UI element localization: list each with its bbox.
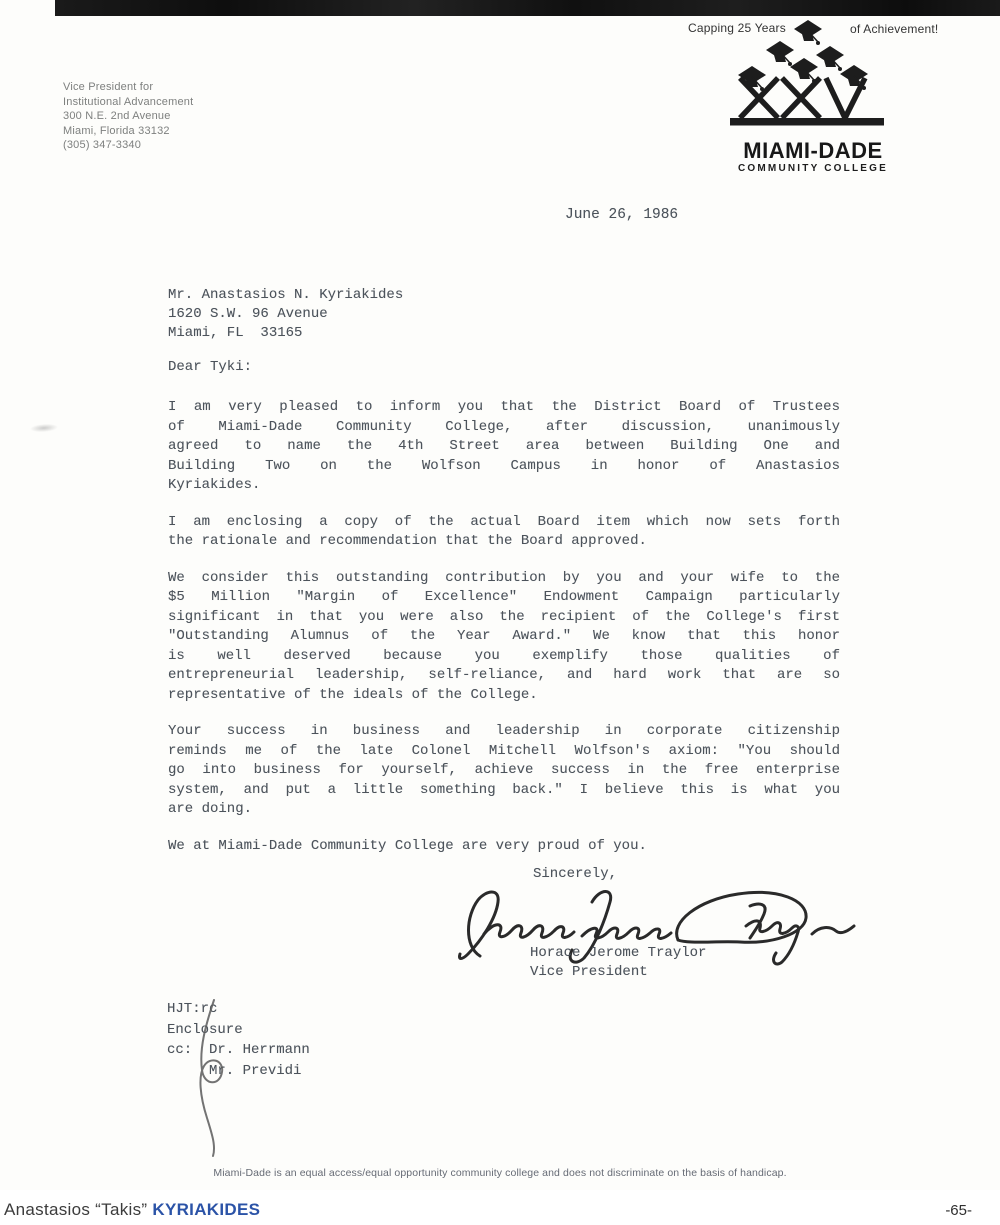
paragraph-line: of Miami-Dade Community College, after d… [168, 418, 840, 438]
paragraph-line: is well deserved because you exemplify t… [168, 647, 840, 667]
letter-paragraph: Your success in business and leadership … [168, 722, 840, 820]
paragraph-line: Your success in business and leadership … [168, 722, 840, 742]
paragraph-line: Kyriakides. [168, 476, 840, 496]
paragraph-line: I am very pleased to inform you that the… [168, 398, 840, 418]
graduation-caps-xxv-icon [718, 18, 908, 136]
paragraph-line: $5 Million "Margin of Excellence" Endowm… [168, 588, 840, 608]
footer-disclaimer: Miami-Dade is an equal access/equal oppo… [0, 1167, 1000, 1179]
paragraph-line: entrepreneurial leadership, self-relianc… [168, 666, 840, 686]
logo-college-subname: COMMUNITY COLLEGE [718, 163, 908, 174]
graduation-cap-icon [790, 58, 818, 83]
logo-college-name: MIAMI-DADE [718, 138, 908, 164]
letter-paragraph: I am very pleased to inform you that the… [168, 398, 840, 496]
paragraph-line: Building Two on the Wolfson Campus in ho… [168, 457, 840, 477]
paragraph-line: I am enclosing a copy of the actual Boar… [168, 513, 840, 533]
paragraph-line: "Outstanding Alumnus of the Year Award."… [168, 627, 840, 647]
scan-artifact-bar [55, 0, 1000, 16]
letterhead-address: Vice President for Institutional Advance… [63, 80, 193, 153]
signer-name-block: Horace Jerome Traylor Vice President [530, 944, 706, 981]
letter-body: I am very pleased to inform you that the… [168, 398, 840, 873]
caption-name-regular: Anastasios “Takis” [4, 1200, 147, 1219]
letter-paragraph: I am enclosing a copy of the actual Boar… [168, 513, 840, 552]
paragraph-line: agreed to name the 4th Street area betwe… [168, 437, 840, 457]
paragraph-line: representative of the ideals of the Coll… [168, 686, 840, 706]
signer-title: Vice President [530, 963, 706, 982]
caption-surname: KYRIAKIDES [152, 1200, 260, 1219]
pen-stroke-icon [180, 998, 250, 1158]
graduation-cap-icon [816, 46, 844, 71]
paragraph-line: the rationale and recommendation that th… [168, 532, 840, 552]
letter-paragraph: We consider this outstanding contributio… [168, 569, 840, 706]
paragraph-line: We at Miami-Dade Community College are v… [168, 837, 840, 857]
page-number: -65- [945, 1202, 972, 1219]
paragraph-line: We consider this outstanding contributio… [168, 569, 840, 589]
caption-bar: Anastasios “Takis” KYRIAKIDES -65- [0, 1195, 1000, 1225]
paragraph-line: significant in that you were also the re… [168, 608, 840, 628]
logo-base-bar [730, 118, 884, 126]
college-logo: XXV MIAMI-DADE COMMUNITY COLLEGE [718, 18, 908, 136]
caption-name: Anastasios “Takis” KYRIAKIDES [4, 1200, 260, 1220]
paragraph-line: reminds me of the late Colonel Mitchell … [168, 742, 840, 762]
salutation: Dear Tyki: [168, 359, 252, 375]
graduation-cap-icon [794, 20, 822, 45]
letter-date: June 26, 1986 [565, 207, 678, 223]
recipient-address: Mr. Anastasios N. Kyriakides 1620 S.W. 9… [168, 286, 403, 343]
scanned-letter-page: Vice President for Institutional Advance… [0, 0, 1000, 1225]
signer-name: Horace Jerome Traylor [530, 944, 706, 963]
graduation-cap-icon [766, 41, 794, 66]
paragraph-line: are doing. [168, 800, 840, 820]
paragraph-line: go into business for yourself, achieve s… [168, 761, 840, 781]
letter-paragraph: We at Miami-Dade Community College are v… [168, 837, 840, 857]
paragraph-line: system, and put a little something back.… [168, 781, 840, 801]
